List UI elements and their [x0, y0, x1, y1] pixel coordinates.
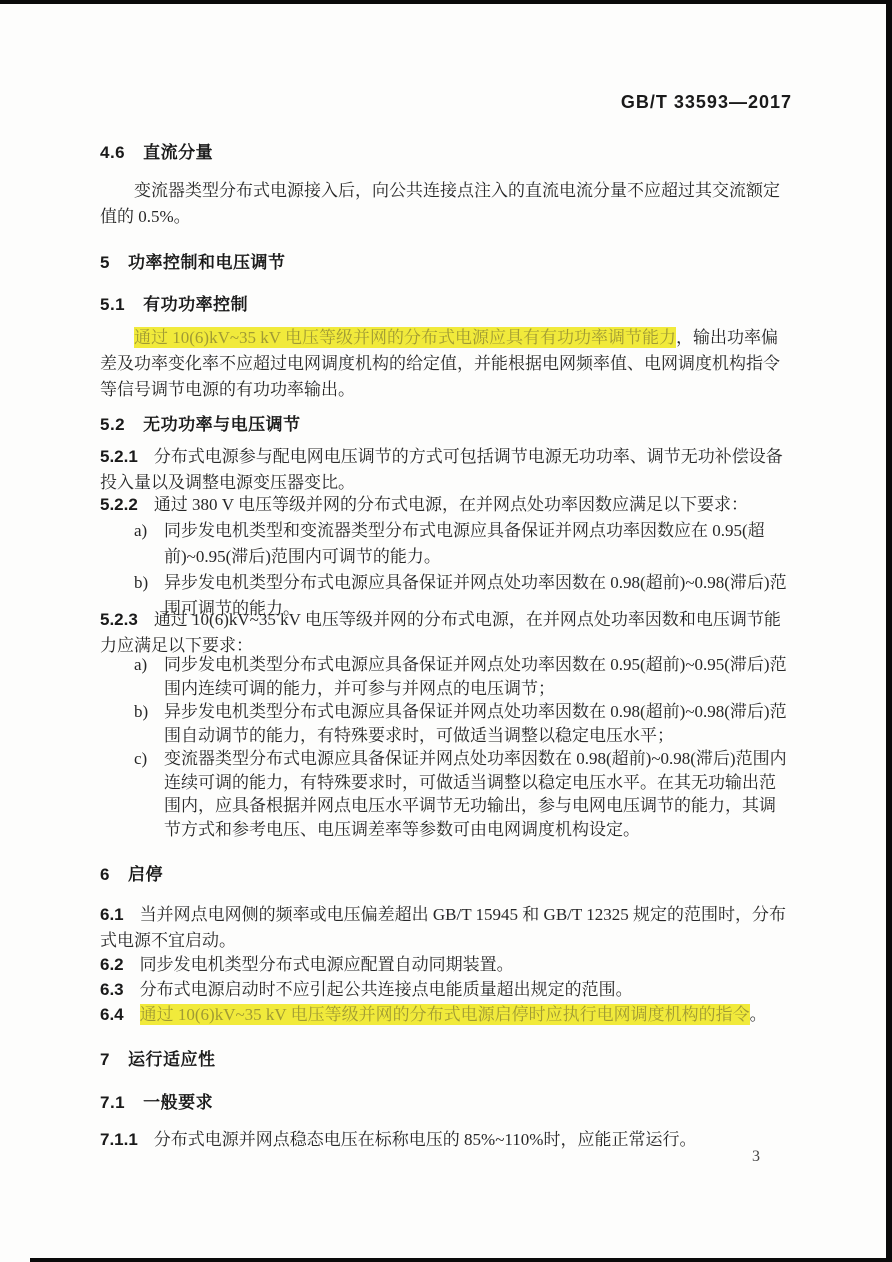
clause-text: 当并网点电网侧的频率或电压偏差超出 GB/T 15945 和 GB/T 1232…: [100, 905, 786, 950]
clause-text: 。: [750, 1005, 767, 1024]
clause-6-1: 6.1当并网点电网侧的频率或电压偏差超出 GB/T 15945 和 GB/T 1…: [100, 902, 792, 954]
section-heading-5-2: 5.2无功功率与电压调节: [100, 412, 792, 438]
list-marker: a): [134, 518, 147, 544]
clause-5-2-2: 5.2.2通过 380 V 电压等级并网的分布式电源，在并网点处功率因数应满足以…: [100, 492, 792, 518]
list-marker: b): [134, 570, 148, 596]
clause-text: 分布式电源并网点稳态电压在标称电压的 85%~110%时，应能正常运行。: [154, 1130, 697, 1149]
clause-number: 5.2.2: [100, 495, 138, 514]
clause-number: 5.2: [100, 415, 125, 434]
list-marker: c): [134, 747, 147, 771]
highlighted-text: 通过 10(6)kV~35 kV 电压等级并网的分布式电源应具有有功功率调节能力: [134, 327, 676, 348]
clause-text: 同步发电机类型分布式电源应配置自动同期装置。: [140, 955, 514, 974]
clause-number: 5.1: [100, 295, 125, 314]
clause-number: 6.4: [100, 1005, 124, 1024]
clause-text: 通过 10(6)kV~35 kV 电压等级并网的分布式电源，在并网点处功率因数和…: [100, 610, 781, 655]
list-5-2-3: a)同步发电机类型分布式电源应具备保证并网点处功率因数在 0.95(超前)~0.…: [100, 653, 792, 841]
clause-number: 4.6: [100, 143, 125, 162]
highlighted-text: 通过 10(6)kV~35 kV 电压等级并网的分布式电源启停时应执行电网调度机…: [140, 1004, 750, 1025]
section-title: 一般要求: [143, 1093, 213, 1112]
list-item: a)同步发电机类型分布式电源应具备保证并网点处功率因数在 0.95(超前)~0.…: [100, 653, 792, 700]
page-number: 3: [752, 1148, 760, 1166]
paragraph-4-6: 变流器类型分布式电源接入后，向公共连接点注入的直流电流分量不应超过其交流额定值的…: [100, 178, 792, 230]
section-title: 直流分量: [143, 143, 213, 162]
list-item: b)异步发电机类型分布式电源应具备保证并网点处功率因数在 0.98(超前)~0.…: [100, 700, 792, 747]
scan-edge-bottom: [30, 1258, 892, 1262]
paragraph-5-1: 通过 10(6)kV~35 kV 电压等级并网的分布式电源应具有有功功率调节能力…: [100, 325, 792, 403]
clause-number: 5.2.3: [100, 610, 138, 629]
clause-number: 7: [100, 1050, 110, 1069]
clause-number: 6.2: [100, 955, 124, 974]
clause-text: 分布式电源参与配电网电压调节的方式可包括调节电源无功功率、调节无功补偿设备投入量…: [100, 447, 783, 492]
clause-number: 6: [100, 865, 110, 884]
clause-6-2: 6.2同步发电机类型分布式电源应配置自动同期装置。: [100, 952, 792, 978]
section-heading-7: 7运行适应性: [100, 1047, 792, 1073]
list-item-text: 同步发电机类型和变流器类型分布式电源应具备保证并网点功率因数应在 0.95(超前…: [164, 521, 765, 566]
clause-text: 分布式电源启动时不应引起公共连接点电能质量超出规定的范围。: [140, 980, 633, 999]
clause-number: 5: [100, 253, 110, 272]
clause-5-2-3: 5.2.3通过 10(6)kV~35 kV 电压等级并网的分布式电源，在并网点处…: [100, 607, 792, 659]
section-heading-4-6: 4.6直流分量: [100, 140, 792, 166]
section-heading-5: 5功率控制和电压调节: [100, 250, 792, 276]
clause-text: 通过 380 V 电压等级并网的分布式电源，在并网点处功率因数应满足以下要求：: [154, 495, 748, 514]
section-title: 有功功率控制: [143, 295, 248, 314]
scan-edge-right: [886, 0, 892, 1262]
clause-number: 7.1.1: [100, 1130, 138, 1149]
section-title: 无功功率与电压调节: [143, 415, 301, 434]
scan-edge-top: [0, 0, 892, 4]
doc-number-header: GB/T 33593—2017: [100, 92, 792, 113]
list-item: a)同步发电机类型和变流器类型分布式电源应具备保证并网点功率因数应在 0.95(…: [100, 518, 792, 570]
clause-number: 7.1: [100, 1093, 125, 1112]
list-item: c)变流器类型分布式电源应具备保证并网点处功率因数在 0.98(超前)~0.98…: [100, 747, 792, 841]
clause-number: 6.1: [100, 905, 124, 924]
section-title: 功率控制和电压调节: [128, 253, 286, 272]
clause-5-2-1: 5.2.1分布式电源参与配电网电压调节的方式可包括调节电源无功功率、调节无功补偿…: [100, 444, 792, 496]
clause-number: 6.3: [100, 980, 124, 999]
list-marker: a): [134, 653, 147, 677]
list-item-text: 同步发电机类型分布式电源应具备保证并网点处功率因数在 0.95(超前)~0.95…: [164, 655, 787, 698]
clause-number: 5.2.1: [100, 447, 138, 466]
scanned-document-page: { "page": { "doc_number": "GB/T 33593—20…: [0, 0, 892, 1262]
clause-6-3: 6.3分布式电源启动时不应引起公共连接点电能质量超出规定的范围。: [100, 977, 792, 1003]
section-title: 运行适应性: [128, 1050, 216, 1069]
clause-6-4: 6.4通过 10(6)kV~35 kV 电压等级并网的分布式电源启停时应执行电网…: [100, 1002, 792, 1028]
section-heading-5-1: 5.1有功功率控制: [100, 292, 792, 318]
list-item-text: 异步发电机类型分布式电源应具备保证并网点处功率因数在 0.98(超前)~0.98…: [164, 702, 787, 745]
list-marker: b): [134, 700, 148, 724]
clause-7-1-1: 7.1.1分布式电源并网点稳态电压在标称电压的 85%~110%时，应能正常运行…: [100, 1127, 792, 1153]
section-title: 启停: [128, 865, 163, 884]
section-heading-6: 6启停: [100, 862, 792, 888]
list-item-text: 变流器类型分布式电源应具备保证并网点处功率因数在 0.98(超前)~0.98(滞…: [164, 749, 787, 839]
section-heading-7-1: 7.1一般要求: [100, 1090, 792, 1116]
